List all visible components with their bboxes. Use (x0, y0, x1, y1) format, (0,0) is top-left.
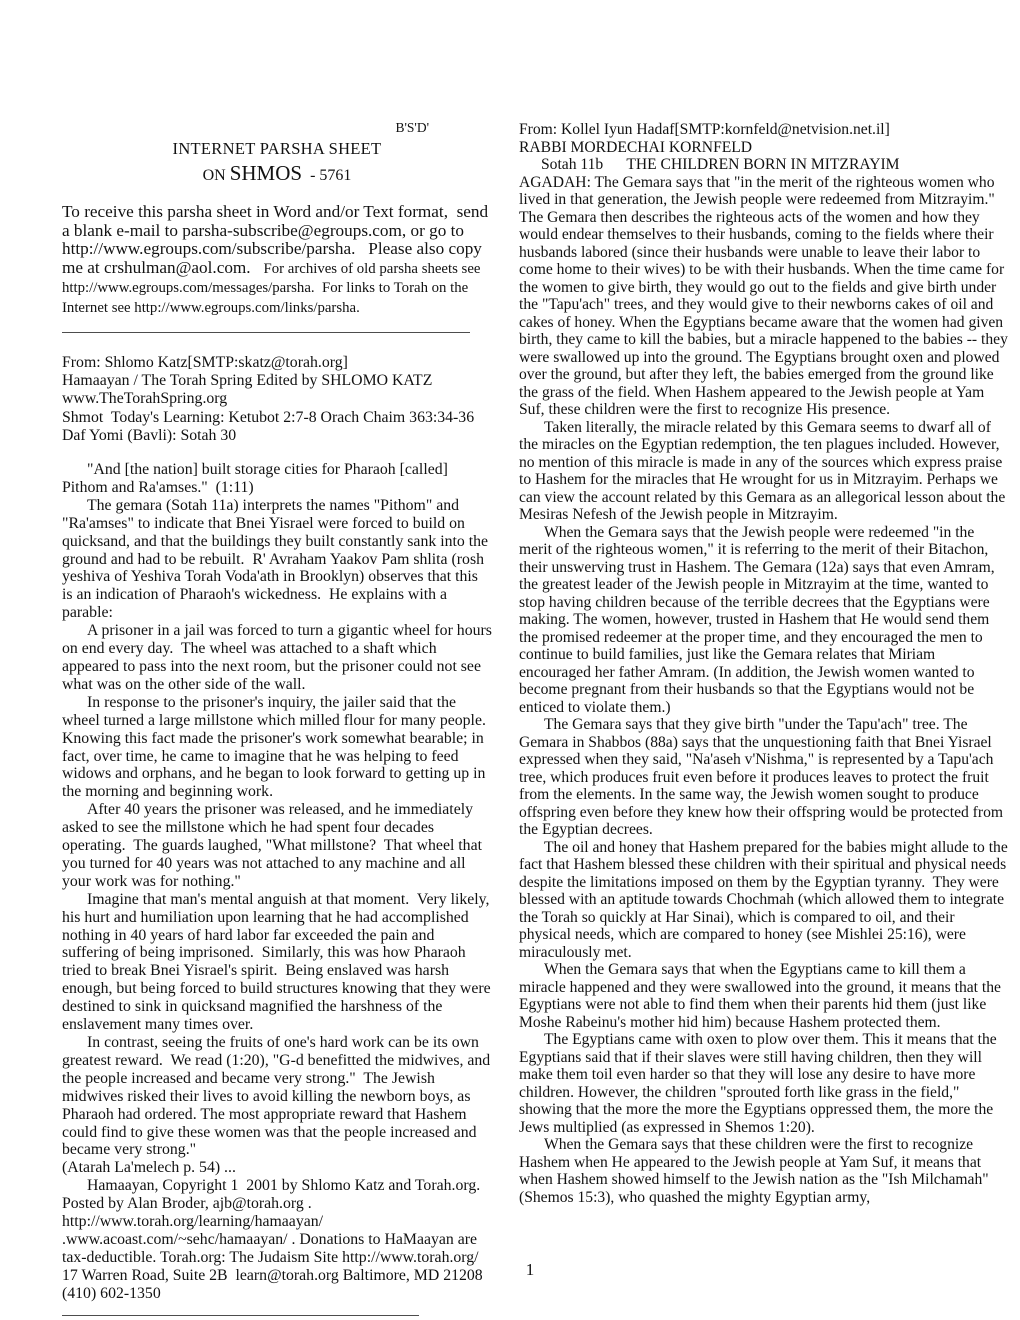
sender-block: From: Shlomo Katz[SMTP:skatz@torah.org]H… (62, 354, 492, 445)
article-paragraph: (Atarah La'melech p. 54) ... (62, 1159, 492, 1177)
article-paragraph: The oil and honey that Hashem prepared f… (519, 839, 1010, 962)
sender-line: Hamaayan / The Torah Spring Edited by SH… (62, 372, 492, 390)
article-paragraph: Hamaayan, Copyright 1 2001 by Shlomo Kat… (62, 1177, 492, 1302)
page-number: 1 (0, 1260, 1020, 1280)
left-article-body: "And [the nation] built storage cities f… (62, 461, 492, 1303)
article-paragraph: The gemara (Sotah 11a) interprets the na… (62, 497, 492, 622)
article-paragraph: A prisoner in a jail was forced to turn … (62, 622, 492, 694)
sheet-subtitle: ON SHMOS - 5761 (62, 161, 492, 186)
right-article-body: AGADAH: The Gemara says that "in the mer… (519, 174, 1010, 1207)
section-divider (62, 332, 470, 333)
article-paragraph: After 40 years the prisoner was released… (62, 801, 492, 891)
left-column: B'S'D' INTERNET PARSHA SHEET ON SHMOS - … (62, 120, 492, 1316)
article-paragraph: In response to the prisoner's inquiry, t… (62, 694, 492, 801)
article-paragraph: "And [the nation] built storage cities f… (62, 461, 492, 497)
article-paragraph: When the Gemara says that the Jewish peo… (519, 524, 1010, 717)
document-page: { "page": { "bsd": "B'S'D'", "title": "I… (0, 0, 1020, 1320)
article-paragraph: Imagine that man's mental anguish at tha… (62, 891, 492, 1034)
from-line: From: Kollel Iyun Hadaf[SMTP:kornfeld@ne… (519, 121, 1010, 139)
author-line: RABBI MORDECHAI KORNFELD (519, 139, 1010, 157)
subtitle-parsha-name: SHMOS (230, 161, 302, 185)
sender-line: From: Shlomo Katz[SMTP:skatz@torah.org] (62, 354, 492, 372)
subtitle-on: ON (203, 167, 230, 184)
sender-line: Shmot Today's Learning: Ketubot 2:7-8 Or… (62, 409, 492, 445)
article-paragraph: Taken literally, the miracle related by … (519, 419, 1010, 524)
right-column: From: Kollel Iyun Hadaf[SMTP:kornfeld@ne… (519, 121, 1010, 1206)
sender-line: www.TheTorahSpring.org (62, 390, 492, 408)
article-paragraph: When the Gemara says that these children… (519, 1136, 1010, 1206)
article-paragraph: The Egyptians came with oxen to plow ove… (519, 1031, 1010, 1136)
article-paragraph: AGADAH: The Gemara says that "in the mer… (519, 174, 1010, 419)
article-paragraph: The Gemara says that they give birth "un… (519, 716, 1010, 839)
article-paragraph: In contrast, seeing the fruits of one's … (62, 1034, 492, 1159)
section-heading: Sotah 11b THE CHILDREN BORN IN MITZRAYIM (519, 156, 1010, 174)
article-paragraph: When the Gemara says that when the Egypt… (519, 961, 1010, 1031)
subscribe-paragraph: To receive this parsha sheet in Word and… (62, 203, 492, 317)
section-divider (62, 1315, 419, 1316)
sheet-title: INTERNET PARSHA SHEET (62, 139, 492, 159)
subtitle-year: - 5761 (302, 167, 351, 184)
bsd-label: B'S'D' (62, 120, 492, 136)
